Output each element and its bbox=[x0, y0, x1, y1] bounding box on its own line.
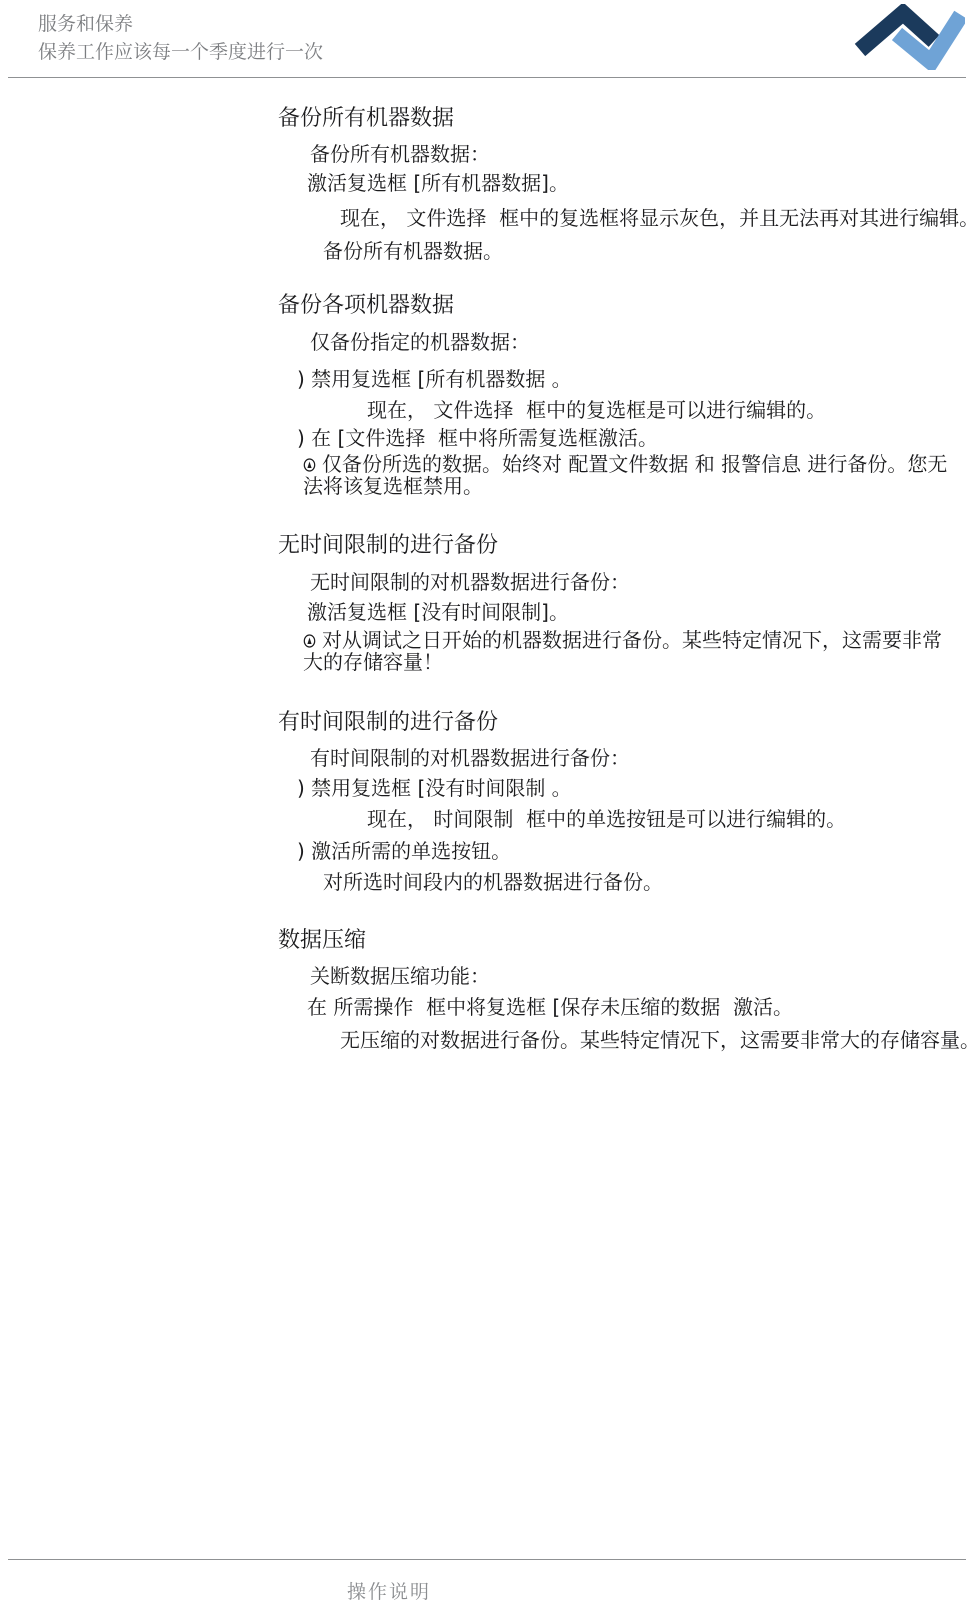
note: 对从调试之日开始的机器数据进行备份。某些特定情况下，这需要非常大的存储容量！ bbox=[303, 629, 951, 673]
step-line: ) 激活所需的单选按钮。 bbox=[297, 839, 511, 863]
section-heading: 备份所有机器数据 bbox=[278, 106, 454, 132]
header-divider bbox=[8, 77, 966, 78]
result-line: 备份所有机器数据。 bbox=[323, 239, 503, 263]
section-heading: 数据压缩 bbox=[278, 928, 366, 954]
note-text: 对从调试之日开始的机器数据进行备份。某些特定情况下，这需要非常大的存储容量！ bbox=[303, 628, 942, 674]
header-subtitle: 保养工作应该每一个季度进行一次 bbox=[38, 38, 323, 66]
circled-info-icon bbox=[303, 630, 316, 645]
section-heading: 有时间限制的进行备份 bbox=[278, 710, 498, 736]
body-line: 在 所需操作 框中将复选框 [保存未压缩的数据 激活。 bbox=[307, 995, 793, 1019]
body-line: 有时间限制的对机器数据进行备份： bbox=[310, 746, 630, 770]
step-line: ) 禁用复选框 [所有机器数据 。 bbox=[297, 367, 572, 391]
footer-label: 操作说明 bbox=[347, 1577, 431, 1604]
footer-divider bbox=[8, 1559, 966, 1560]
header-title: 服务和保养 bbox=[38, 10, 323, 38]
note-text: 仅备份所选的数据。始终对 配置文件数据 和 报警信息 进行备份。您无法将该复选框… bbox=[303, 452, 947, 498]
page-header: 服务和保养 保养工作应该每一个季度进行一次 bbox=[38, 10, 323, 66]
section-heading: 备份各项机器数据 bbox=[278, 293, 454, 319]
result-line: 对所选时间段内的机器数据进行备份。 bbox=[323, 870, 663, 894]
result-line: 现在， 时间限制 框中的单选按钮是可以进行编辑的。 bbox=[367, 807, 846, 831]
body-line: 备份所有机器数据： bbox=[310, 142, 490, 166]
result-line: 现在， 文件选择 框中的复选框是可以进行编辑的。 bbox=[367, 398, 826, 422]
brand-logo bbox=[843, 4, 965, 70]
note: 仅备份所选的数据。始终对 配置文件数据 和 报警信息 进行备份。您无法将该复选框… bbox=[303, 453, 951, 497]
step-line: ) 禁用复选框 [没有时间限制 。 bbox=[297, 776, 572, 800]
circled-info-icon bbox=[303, 454, 316, 469]
body-line: 仅备份指定的机器数据： bbox=[310, 330, 530, 354]
step-line: ) 在 [文件选择 框中将所需复选框激活。 bbox=[297, 426, 658, 450]
body-line: 关断数据压缩功能： bbox=[310, 964, 490, 988]
body-line: 无时间限制的对机器数据进行备份： bbox=[310, 570, 630, 594]
body-line: 激活复选框 [所有机器数据]。 bbox=[307, 171, 569, 195]
result-line: 无压缩的对数据进行备份。某些特定情况下，这需要非常大的存储容量。 bbox=[340, 1028, 974, 1052]
result-line: 现在， 文件选择 框中的复选框将显示灰色，并且无法再对其进行编辑。 bbox=[340, 206, 974, 230]
body-line: 激活复选框 [没有时间限制]。 bbox=[307, 600, 569, 624]
section-heading: 无时间限制的进行备份 bbox=[278, 533, 498, 559]
